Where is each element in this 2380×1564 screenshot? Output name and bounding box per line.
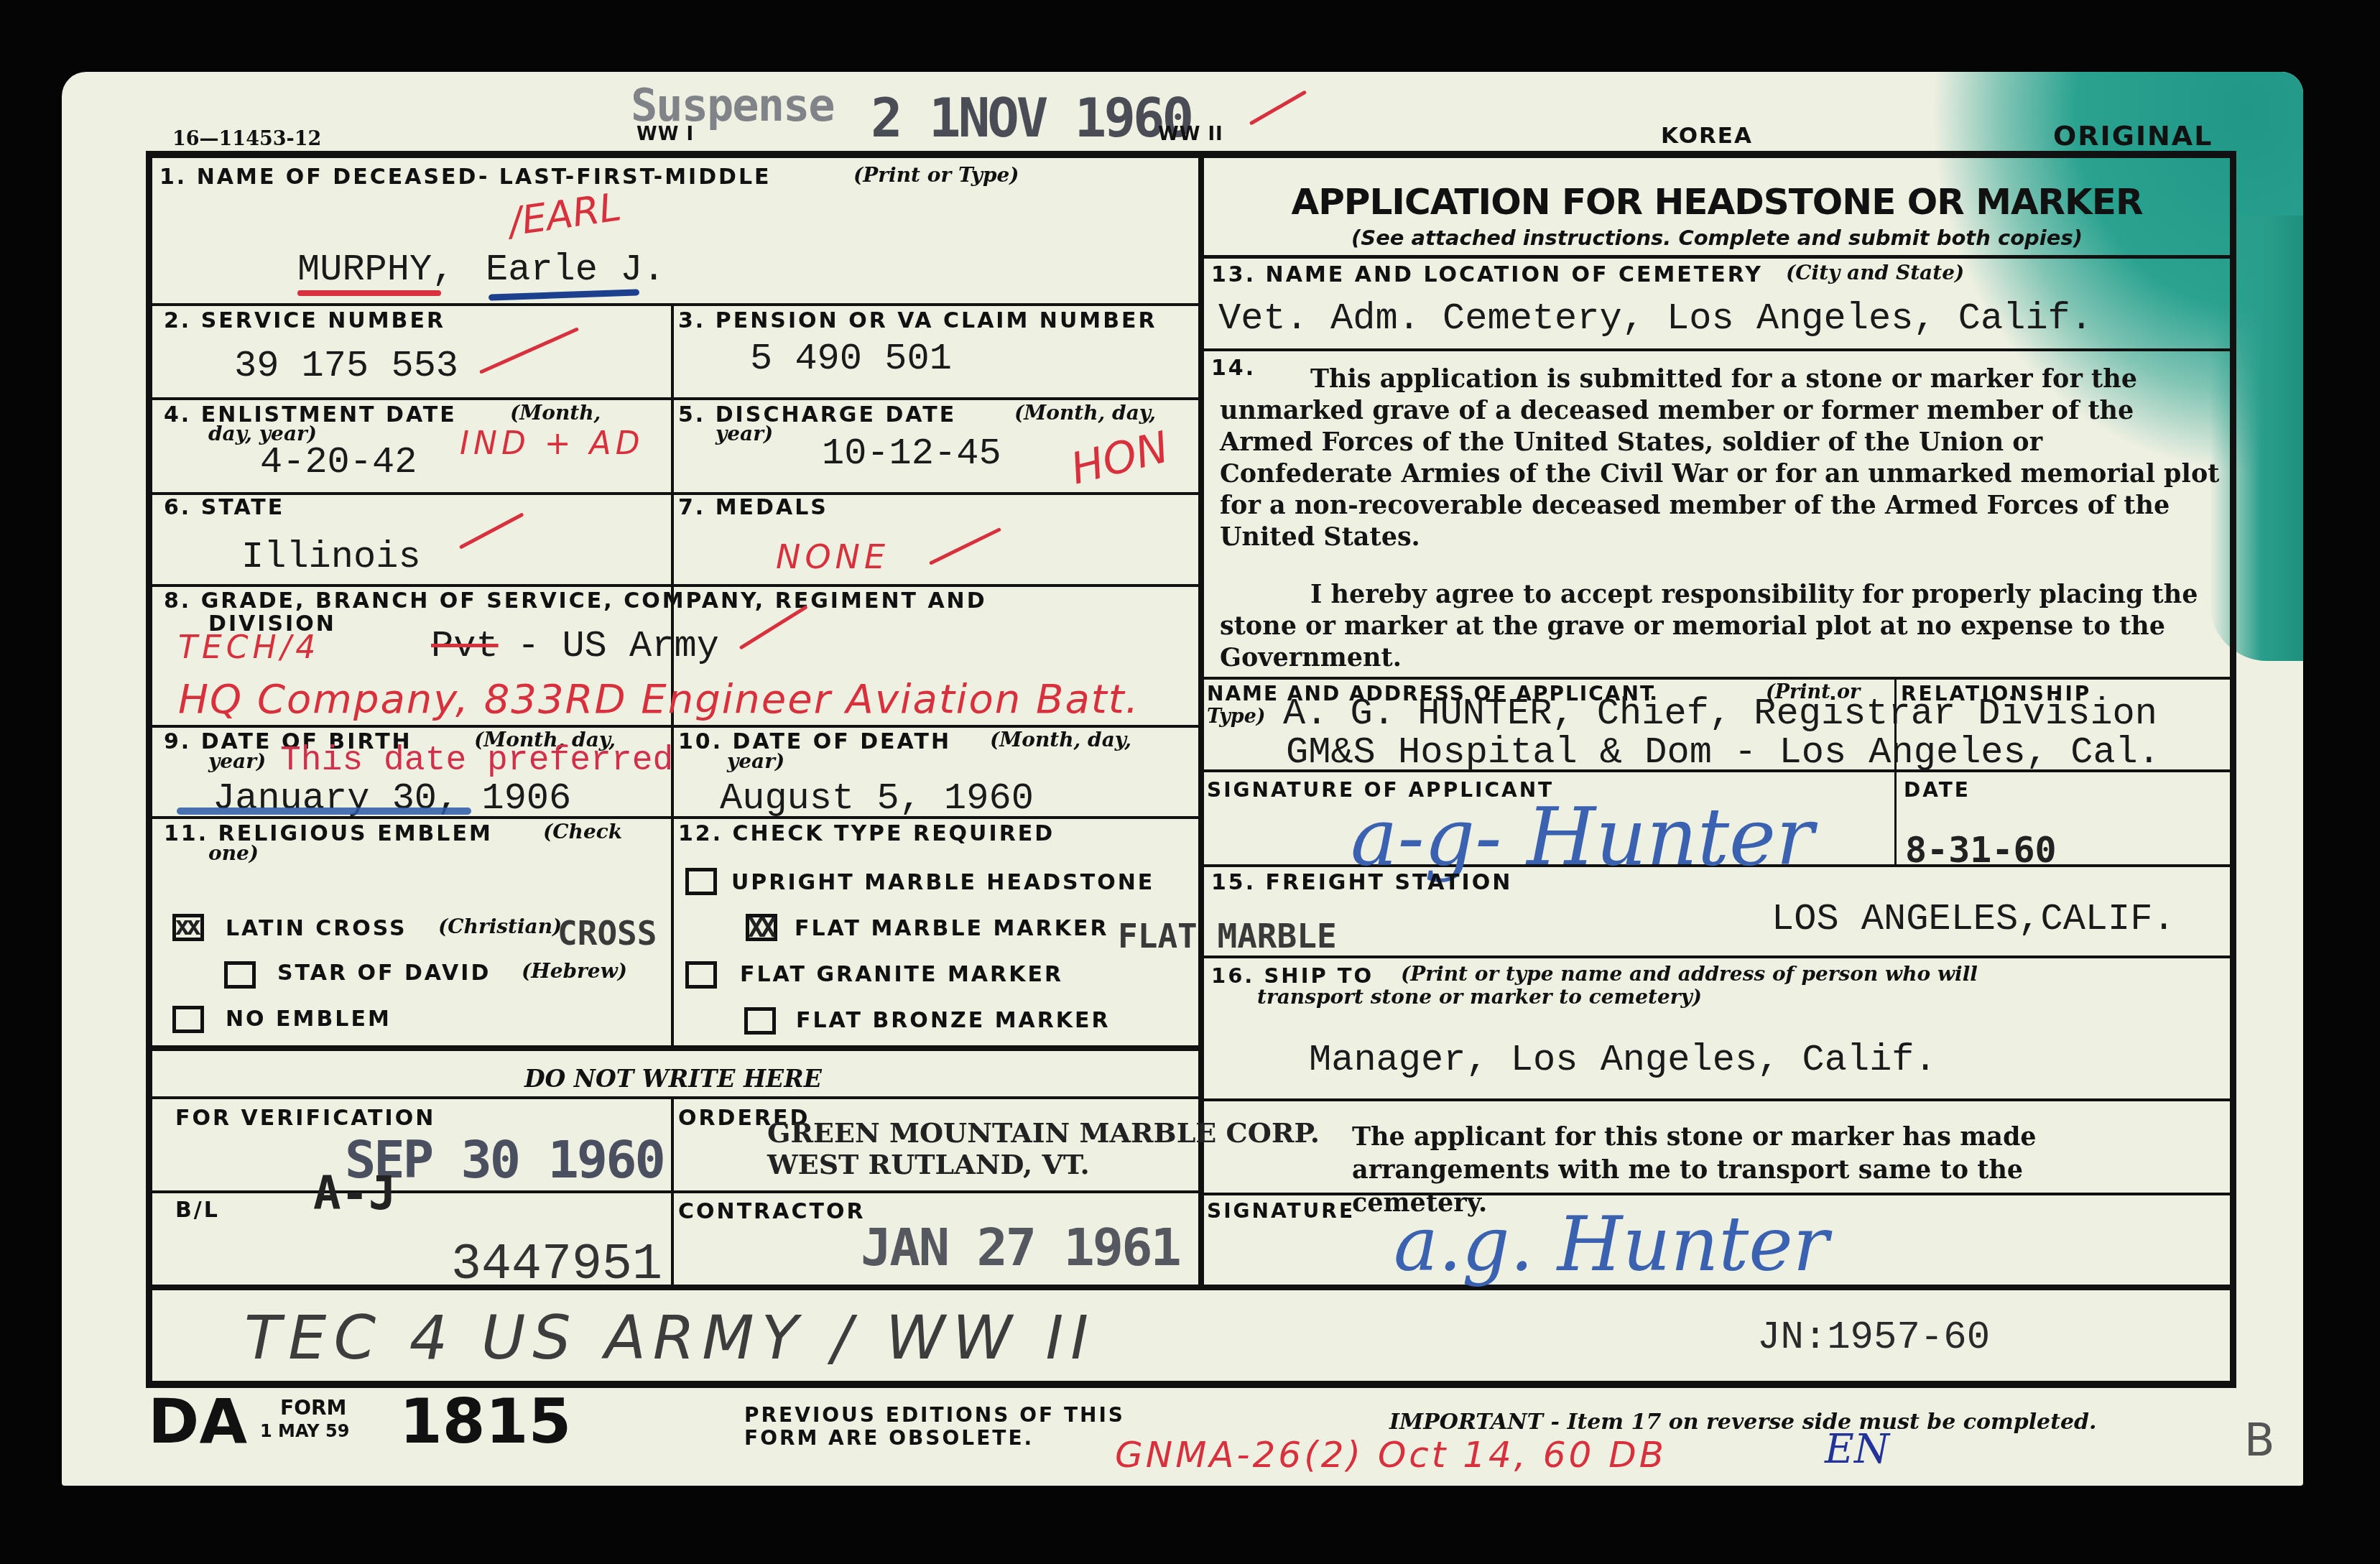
transport-signature-label: SIGNATURE xyxy=(1207,1201,1355,1221)
relationship-label: RELATIONSHIP xyxy=(1901,684,2091,704)
medals-red-value: NONE xyxy=(776,540,889,573)
checkbox-upright-marble[interactable] xyxy=(685,868,717,895)
death-date-value[interactable]: August 5, 1960 xyxy=(720,780,1034,818)
do-not-write-header: DO NOT WRITE HERE xyxy=(524,1065,822,1093)
checkbox-flat-bronze[interactable] xyxy=(744,1007,776,1035)
medals-label: 7. MEDALS xyxy=(678,497,828,519)
ww1-label: WW I xyxy=(636,125,694,144)
unit-red-value: HQ Company, 833RD Engineer Aviation Batt… xyxy=(178,680,1139,720)
state-label: 6. STATE xyxy=(164,497,284,519)
ordered-stamp-line2: WEST RUTLAND, VT. xyxy=(767,1148,1090,1180)
checkbox-flat-marble[interactable]: XX xyxy=(746,914,777,941)
copy-label: ORIGINAL xyxy=(2053,122,2213,149)
form-word: FORM xyxy=(280,1398,346,1418)
contractor-stamp: JAN 27 1961 xyxy=(861,1221,1180,1273)
form-subtitle: (See attached instructions. Complete and… xyxy=(1204,226,2230,250)
form-prefix: DA xyxy=(148,1391,247,1453)
freight-station-value[interactable]: LOS ANGELES,CALIF. xyxy=(1772,901,2175,938)
grade-struck-value: Pvt xyxy=(431,628,499,665)
received-date-stamp: 2 1NOV 1960 xyxy=(871,92,1191,145)
name-label-italic: (Print or Type) xyxy=(853,165,1019,185)
korea-label: KOREA xyxy=(1661,125,1753,147)
bl-value[interactable]: 3447951 xyxy=(451,1237,662,1294)
bl-label: B/L xyxy=(175,1200,220,1221)
service-number-value[interactable]: 39 175 553 xyxy=(234,348,458,385)
birth-date-red-stamp: This date preferred xyxy=(280,741,673,780)
form-title: APPLICATION FOR HEADSTONE OR MARKER xyxy=(1204,181,2230,223)
marker-type-label: 12. CHECK TYPE REQUIRED xyxy=(678,823,1055,845)
verification-mark: A-J xyxy=(313,1171,397,1217)
jn-number: JN:1957-60 xyxy=(1757,1316,1990,1360)
ordered-stamp-line1: GREEN MOUNTAIN MARBLE CORP. xyxy=(767,1116,1320,1149)
claim-number-label: 3. PENSION OR VA CLAIM NUMBER xyxy=(678,310,1157,332)
freight-station-label: 15. FREIGHT STATION xyxy=(1211,872,1512,894)
service-number-label: 2. SERVICE NUMBER xyxy=(164,310,445,332)
applicant-date-label: DATE xyxy=(1904,780,1971,800)
verification-label: FOR VERIFICATION xyxy=(175,1108,435,1129)
name-first-middle-value[interactable]: Earle J. xyxy=(486,251,665,289)
cemetery-value[interactable]: Vet. Adm. Cemetery, Los Angeles, Calif. xyxy=(1218,300,2093,338)
contractor-label: CONTRACTOR xyxy=(678,1201,866,1223)
name-last-value[interactable]: MURPHY, xyxy=(297,251,454,289)
checkbox-star-of-david[interactable] xyxy=(224,961,256,989)
important-note: IMPORTANT - Item 17 on reverse side must… xyxy=(1389,1410,2097,1435)
suspense-stamp: Suspense xyxy=(631,83,834,128)
statement-paragraph-2: I hereby agree to accept responsibility … xyxy=(1220,579,2220,674)
name-label: 1. NAME OF DECEASED- LAST-FIRST-MIDDLE xyxy=(159,167,772,188)
checkbox-latin-cross[interactable]: xx xyxy=(172,914,204,941)
option-flat-granite: FLAT GRANITE MARKER xyxy=(740,964,1063,986)
transport-signature[interactable]: a.g. Hunter xyxy=(1394,1207,1828,1282)
applicant-value-line2[interactable]: GM&S Hospital & Dom - Los Angeles, Cal. xyxy=(1286,734,2160,772)
ship-to-label: 16. SHIP TO xyxy=(1211,966,1374,986)
discharge-date-value[interactable]: 10-12-45 xyxy=(822,435,1001,473)
form-left-border xyxy=(146,151,152,1387)
obsolete-line1: PREVIOUS EDITIONS OF THIS xyxy=(744,1405,1125,1425)
applicant-date-value[interactable]: 8-31-60 xyxy=(1905,832,2057,868)
statement-paragraph-1: This application is submitted for a ston… xyxy=(1220,364,2220,553)
form-top-border xyxy=(146,151,2236,158)
option-star-of-david: STAR OF DAVID xyxy=(277,963,491,984)
corner-mark: B xyxy=(2244,1414,2275,1466)
option-no-emblem: NO EMBLEM xyxy=(226,1009,392,1030)
grade-branch-label: 8. GRADE, BRANCH OF SERVICE, COMPANY, RE… xyxy=(164,591,987,612)
inscription-pencil: TEC 4 US ARMY / WW II xyxy=(244,1308,1096,1368)
teal-stain-edge xyxy=(2210,216,2303,661)
grade-red-value: TECH/4 xyxy=(178,632,320,664)
checkbox-flat-granite[interactable] xyxy=(685,961,717,989)
claim-number-value[interactable]: 5 490 501 xyxy=(750,341,952,378)
option-flat-bronze: FLAT BRONZE MARKER xyxy=(796,1010,1111,1032)
footer-blue-initials: EN xyxy=(1825,1430,1889,1470)
ww2-label: WW II xyxy=(1158,125,1223,144)
enlistment-date-value[interactable]: 4-20-42 xyxy=(260,444,417,481)
cemetery-label: 13. NAME AND LOCATION OF CEMETERY xyxy=(1211,264,1763,286)
option-upright-marble: UPRIGHT MARBLE HEADSTONE xyxy=(731,872,1154,894)
marker-typed-overlay: FLAT MARBLE xyxy=(1118,920,1337,953)
death-date-label: 10. DATE OF DEATH xyxy=(678,731,951,753)
checkbox-no-emblem[interactable] xyxy=(172,1006,204,1033)
footer-red-annotation: GNMA-26(2) Oct 14, 60 DB xyxy=(1115,1437,1667,1473)
state-value[interactable]: Illinois xyxy=(241,539,421,576)
emblem-typed-overlay: CROSS xyxy=(557,917,657,950)
applicant-signature[interactable]: a-g- Hunter xyxy=(1351,797,1814,876)
form-number: 1815 xyxy=(399,1391,571,1453)
obsolete-line2: FORM ARE OBSOLETE. xyxy=(744,1428,1034,1448)
left-inner-divider xyxy=(671,303,674,1047)
enlistment-red-annotation: IND + AD xyxy=(460,428,644,460)
option-flat-marble: FLAT MARBLE MARKER xyxy=(795,918,1109,940)
column-divider xyxy=(1198,151,1204,1286)
branch-value[interactable]: - US Army xyxy=(517,628,719,665)
form-edition: 1 MAY 59 xyxy=(260,1422,349,1440)
option-latin-cross: LATIN CROSS xyxy=(226,918,407,940)
form-right-border xyxy=(2230,151,2236,1387)
ship-to-value[interactable]: Manager, Los Angeles, Calif. xyxy=(1309,1042,1937,1079)
form-code: 16—11453-12 xyxy=(172,128,321,150)
